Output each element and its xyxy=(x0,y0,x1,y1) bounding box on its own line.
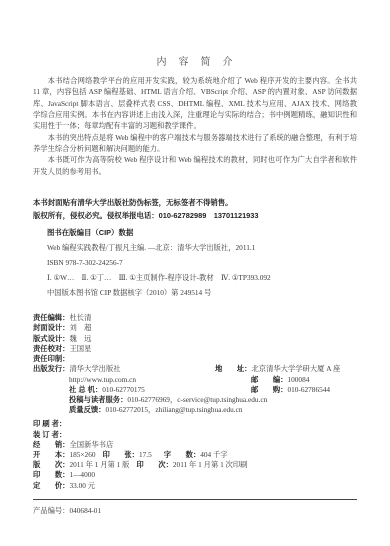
mail-order-value: 010-62786544 xyxy=(287,385,330,394)
anti-piracy-notice: 本书封面贴有清华大学出版社防伪标签，无标签者不得销售。 版权所有，侵权必究。侵权… xyxy=(33,197,357,222)
quality-feedback-label: 质量反馈： xyxy=(69,405,105,414)
postcode-label: 邮 编： xyxy=(251,375,287,384)
publisher-url: http://www.tup.com.cn xyxy=(33,375,251,385)
cip-line: Web 编程实践教程/丁振凡主编. —北京：清华大学出版社，2011.1 xyxy=(47,243,357,252)
sheets-label: 印 张： xyxy=(103,450,139,459)
edition-label: 版 次： xyxy=(33,460,69,469)
address-label: 地 址： xyxy=(215,364,251,373)
intro-paragraph: 本书的突出特点是将 Web 编程中的客户端技术与服务器端技术进行了系统的融合整理… xyxy=(33,132,357,155)
staff-label: 责任印制： xyxy=(33,354,69,363)
postcode-value: 100084 xyxy=(287,375,309,384)
mail-order-label: 邮 购： xyxy=(251,385,287,394)
reader-service-label: 投稿与读者服务： xyxy=(69,395,127,404)
cip-record-number: 中国版本图书馆 CIP 数据核字（2010）第 249514 号 xyxy=(47,288,357,297)
product-number-label: 产品编号： xyxy=(33,506,69,515)
spec-row: 印 数：1—4000 xyxy=(33,470,357,480)
spec-row: 版 次：2011 年 1 月第 1 版印 次：2011 年 1 月第 1 次印刷 xyxy=(33,460,357,470)
printer-label: 印 刷 者： xyxy=(33,419,66,428)
publisher-value: 清华大学出版社 xyxy=(69,364,120,373)
staff-row: 版式设计：魏 远 xyxy=(33,334,357,344)
print-run-value: 1—4000 xyxy=(69,470,95,479)
publisher-row: 出版发行：清华大学出版社 地 址：北京清华大学学研大厦 A 座 xyxy=(33,364,357,374)
address-value: 北京清华大学学研大厦 A 座 xyxy=(251,364,340,373)
mail-order: 邮 购：010-62786544 xyxy=(251,385,330,395)
impression-value: 2011 年 1 月第 1 次印刷 xyxy=(173,460,248,469)
intro-paragraph: 本书既可作为高等院校 Web 程序设计和 Web 编程技术的教材，同时也可作为广… xyxy=(33,154,357,177)
edition-value: 2011 年 1 月第 1 版 xyxy=(69,460,129,469)
staff-row: 封面设计：刘 超 xyxy=(33,323,357,333)
notice-line: 本书封面贴有清华大学出版社防伪标签，无标签者不得销售。 xyxy=(33,197,357,210)
intro-text: 本书结合网络教学平台的应用开发实践，较为系统地介绍了 Web 程序开发的主要内容… xyxy=(33,75,357,177)
switchboard-label: 社 总 机： xyxy=(69,385,102,394)
sheets-value: 17.5 xyxy=(139,450,152,459)
format-value: 185×260 xyxy=(69,450,95,459)
switchboard-value: 010-62770175 xyxy=(102,385,145,394)
spec-row: 定 价：33.00 元 xyxy=(33,481,357,491)
impression-label: 印 次： xyxy=(136,460,172,469)
publisher-row: http://www.tup.com.cn 邮 编：100084 xyxy=(33,375,357,385)
spec-row: 装 订 者： xyxy=(33,430,357,440)
staff-value: 刘 超 xyxy=(69,323,91,332)
reader-service: 投稿与读者服务：010-62776969，c-service@tup.tsing… xyxy=(33,395,357,405)
wordcount-value: 404 千字 xyxy=(200,450,227,459)
cip-classification: Ⅰ. ①W… Ⅱ. ①丁… Ⅲ. ①主页制作-程序设计-教材 Ⅳ. ①TP393… xyxy=(47,273,357,282)
intro-paragraph: 本书结合网络教学平台的应用开发实践，较为系统地介绍了 Web 程序开发的主要内容… xyxy=(33,75,357,132)
publisher-label: 出版发行： xyxy=(33,364,69,373)
spec-row: 印 刷 者： xyxy=(33,419,357,429)
publisher-name: 出版发行：清华大学出版社 xyxy=(33,364,215,374)
binder-label: 装 订 者： xyxy=(33,430,66,439)
distributor-value: 全国新华书店 xyxy=(69,440,113,449)
staff-value: 魏 远 xyxy=(69,334,91,343)
cip-heading: 图书在版编目（CIP）数据 xyxy=(47,228,357,237)
url-text: http://www.tup.com.cn xyxy=(69,375,136,384)
product-number-value: 040684-01 xyxy=(69,506,101,515)
page-content: 内 容 简 介 本书结合网络教学平台的应用开发实践，较为系统地介绍了 Web 程… xyxy=(33,0,357,516)
spec-row: 开 本：185×260印 张：17.5字 数：404 千字 xyxy=(33,450,357,460)
staff-value: 杜长清 xyxy=(69,313,91,322)
spec-row: 经 销：全国新华书店 xyxy=(33,440,357,450)
divider-rule xyxy=(33,499,357,500)
publisher-row: 社 总 机：010-62770175 邮 购：010-62786544 xyxy=(33,385,357,395)
print-specs-block: 印 刷 者： 装 订 者： 经 销：全国新华书店 开 本：185×260印 张：… xyxy=(33,419,357,490)
staff-block: 责任编辑：杜长清 封面设计：刘 超 版式设计：魏 远 责任校对：王国星 责任印制… xyxy=(33,313,357,364)
copyright-page: 内 容 简 介 本书结合网络教学平台的应用开发实践，较为系统地介绍了 Web 程… xyxy=(0,0,390,546)
notice-line: 版权所有，侵权必究。侵权举报电话：010-62782989 1370112193… xyxy=(33,210,357,223)
price-value: 33.00 元 xyxy=(69,481,95,490)
staff-value: 王国星 xyxy=(69,344,91,353)
publisher-block: 出版发行：清华大学出版社 地 址：北京清华大学学研大厦 A 座 http://w… xyxy=(33,364,357,415)
staff-label: 封面设计： xyxy=(33,323,69,332)
postcode: 邮 编：100084 xyxy=(251,375,309,385)
quality-feedback-value: 010-62772015，zhiliang@tup.tsinghua.edu.c… xyxy=(105,405,242,414)
staff-label: 责任校对： xyxy=(33,344,69,353)
cip-block: 图书在版编目（CIP）数据 Web 编程实践教程/丁振凡主编. —北京：清华大学… xyxy=(33,228,357,297)
quality-feedback: 质量反馈：010-62772015，zhiliang@tup.tsinghua.… xyxy=(33,405,357,415)
staff-row: 责任编辑：杜长清 xyxy=(33,313,357,323)
switchboard: 社 总 机：010-62770175 xyxy=(33,385,251,395)
staff-label: 版式设计： xyxy=(33,334,69,343)
print-run-label: 印 数： xyxy=(33,470,69,479)
wordcount-label: 字 数： xyxy=(164,450,200,459)
price-label: 定 价： xyxy=(33,481,69,490)
staff-label: 责任编辑： xyxy=(33,313,69,322)
product-number: 产品编号：040684-01 xyxy=(33,506,357,516)
staff-row: 责任印制： xyxy=(33,354,357,364)
section-title: 内 容 简 介 xyxy=(33,53,357,68)
format-label: 开 本： xyxy=(33,450,69,459)
cip-isbn: ISBN 978-7-302-24256-7 xyxy=(47,258,357,267)
publisher-address: 地 址：北京清华大学学研大厦 A 座 xyxy=(215,364,340,374)
reader-service-value: 010-62776969，c-service@tup.tsinghua.edu.… xyxy=(127,395,267,404)
distributor-label: 经 销： xyxy=(33,440,69,449)
staff-row: 责任校对：王国星 xyxy=(33,344,357,354)
